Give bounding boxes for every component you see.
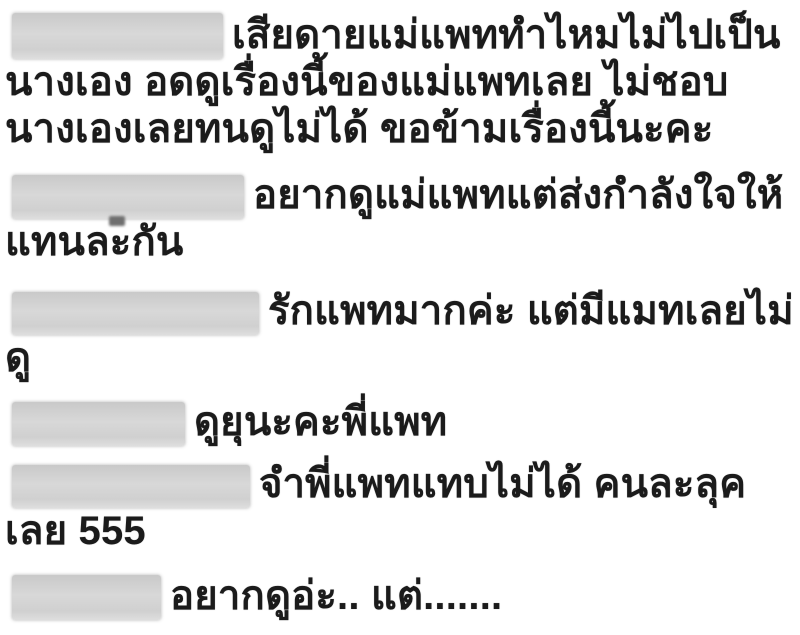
redacted-username (12, 402, 185, 446)
redaction-artifact (109, 216, 125, 226)
comment-item: จำพี่แพทแทบไม่ได้ คนละลุคเลย 555 (5, 461, 794, 555)
comment-item: เสียดายแม่แพททำไหมไม่ไปเป็นนางเอง อดดูเร… (5, 12, 794, 153)
redacted-username (12, 13, 223, 59)
comment-item: อยากดูอ่ะ.. แต่....... (5, 573, 794, 620)
redacted-username (12, 292, 259, 335)
comments-screenshot: { "page": { "background_color": "#ffffff… (0, 0, 800, 635)
comment-item: รักแพทมากค่ะ แต่มีแมทเลยไม่ดู (5, 288, 794, 382)
comment-text: อยากดูอ่ะ.. แต่....... (170, 574, 502, 618)
comment-item: อยากดูแม่แพทแต่ส่งกำลังใจให้แทนละกัน (5, 172, 794, 266)
redacted-username (12, 465, 250, 508)
redacted-username (12, 575, 161, 620)
comment-text: ดูยุนะคะพี่แพท (194, 400, 447, 444)
comment-feed: เสียดายแม่แพททำไหมไม่ไปเป็นนางเอง อดดูเร… (0, 0, 800, 635)
comment-item: ดูยุนะคะพี่แพท (5, 399, 794, 446)
redacted-username (12, 175, 244, 219)
